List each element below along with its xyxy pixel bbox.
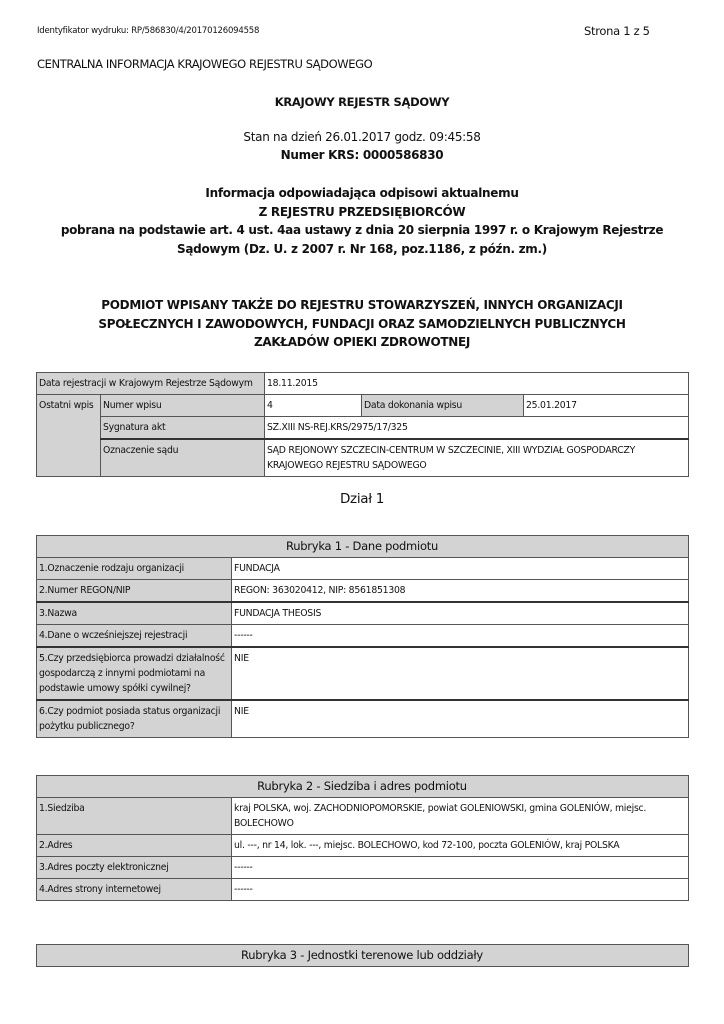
field-value: FUNDACJA <box>232 558 689 580</box>
last-entry-label: Ostatni wpis <box>37 395 101 477</box>
field-label: 4.Dane o wcześniejszej rejestracji <box>37 625 232 648</box>
table-row: 3.Nazwa FUNDACJA THEOSIS <box>37 602 689 625</box>
field-value: ul. ---, nr 14, lok. ---, miejsc. BOLECH… <box>232 835 689 857</box>
field-label: 1.Siedziba <box>37 798 232 835</box>
field-value: ------ <box>232 879 689 901</box>
field-label: 3.Adres poczty elektronicznej <box>37 857 232 879</box>
rubryka-2-title: Rubryka 2 - Siedziba i adres podmiotu <box>37 776 689 798</box>
registration-table: Data rejestracji w Krajowym Rejestrze Są… <box>36 372 689 477</box>
table-row: 3.Adres poczty elektronicznej ------ <box>37 857 689 879</box>
table-row: Ostatni wpis Numer wpisu 4 Data dokonani… <box>37 395 689 417</box>
case-signature-value: SZ.XIII NS-REJ.KRS/2975/17/325 <box>265 417 689 440</box>
table-row: Data rejestracji w Krajowym Rejestrze Są… <box>37 373 689 395</box>
notice-line: SPOŁECZNYCH I ZAWODOWYCH, FUNDACJI ORAZ … <box>0 315 724 334</box>
rubryka-2-table: Rubryka 2 - Siedziba i adres podmiotu 1.… <box>36 775 689 901</box>
page-number: Strona 1 z 5 <box>584 24 650 38</box>
entry-date-value: 25.01.2017 <box>524 395 689 417</box>
extract-info-line: pobrana na podstawie art. 4 ust. 4aa ust… <box>0 221 724 240</box>
field-label: 6.Czy podmiot posiada status organizacji… <box>37 700 232 738</box>
court-value: SĄD REJONOWY SZCZECIN-CENTRUM W SZCZECIN… <box>265 439 689 477</box>
central-information-heading: CENTRALNA INFORMACJA KRAJOWEGO REJESTRU … <box>37 57 372 71</box>
table-header-row: Rubryka 1 - Dane podmiotu <box>37 536 689 558</box>
extract-info-line: Sądowym (Dz. U. z 2007 r. Nr 168, poz.11… <box>0 240 724 259</box>
field-value: kraj POLSKA, woj. ZACHODNIOPOMORSKIE, po… <box>232 798 689 835</box>
field-value: NIE <box>232 647 689 700</box>
table-row: 5.Czy przedsiębiorca prowadzi działalnoś… <box>37 647 689 700</box>
section-title: Dział 1 <box>0 491 724 507</box>
field-label: 2.Adres <box>37 835 232 857</box>
table-row: Sygnatura akt SZ.XIII NS-REJ.KRS/2975/17… <box>37 417 689 440</box>
entry-number-value: 4 <box>265 395 362 417</box>
court-label: Oznaczenie sądu <box>101 439 265 477</box>
extract-info-line: Informacja odpowiadająca odpisowi aktual… <box>0 184 724 203</box>
field-value: FUNDACJA THEOSIS <box>232 602 689 625</box>
rubryka-3-table: Rubryka 3 - Jednostki terenowe lub oddzi… <box>36 944 689 967</box>
also-registered-notice: PODMIOT WPISANY TAKŻE DO REJESTRU STOWAR… <box>0 296 724 352</box>
field-label: 4.Adres strony internetowej <box>37 879 232 901</box>
table-row: 2.Numer REGON/NIP REGON: 363020412, NIP:… <box>37 580 689 603</box>
table-row: 4.Adres strony internetowej ------ <box>37 879 689 901</box>
field-value: ------ <box>232 857 689 879</box>
extract-info: Informacja odpowiadająca odpisowi aktual… <box>0 184 724 259</box>
rubryka-3-title: Rubryka 3 - Jednostki terenowe lub oddzi… <box>37 945 689 967</box>
registration-date-label: Data rejestracji w Krajowym Rejestrze Są… <box>37 373 265 395</box>
state-as-of: Stan na dzień 26.01.2017 godz. 09:45:58 <box>0 130 724 144</box>
field-label: 5.Czy przedsiębiorca prowadzi działalnoś… <box>37 647 232 700</box>
table-header-row: Rubryka 3 - Jednostki terenowe lub oddzi… <box>37 945 689 967</box>
table-row: 4.Dane o wcześniejszej rejestracji -----… <box>37 625 689 648</box>
notice-line: ZAKŁADÓW OPIEKI ZDROWOTNEJ <box>0 333 724 352</box>
table-row: 1.Siedziba kraj POLSKA, woj. ZACHODNIOPO… <box>37 798 689 835</box>
table-row: 2.Adres ul. ---, nr 14, lok. ---, miejsc… <box>37 835 689 857</box>
field-label: 1.Oznaczenie rodzaju organizacji <box>37 558 232 580</box>
entry-date-label: Data dokonania wpisu <box>362 395 524 417</box>
rubryka-1-table: Rubryka 1 - Dane podmiotu 1.Oznaczenie r… <box>36 535 689 738</box>
field-label: 2.Numer REGON/NIP <box>37 580 232 603</box>
field-label: 3.Nazwa <box>37 602 232 625</box>
krs-number: Numer KRS: 0000586830 <box>0 148 724 162</box>
table-header-row: Rubryka 2 - Siedziba i adres podmiotu <box>37 776 689 798</box>
table-row: 1.Oznaczenie rodzaju organizacji FUNDACJ… <box>37 558 689 580</box>
notice-line: PODMIOT WPISANY TAKŻE DO REJESTRU STOWAR… <box>0 296 724 315</box>
registration-date-value: 18.11.2015 <box>265 373 689 395</box>
table-row: 6.Czy podmiot posiada status organizacji… <box>37 700 689 738</box>
field-value: NIE <box>232 700 689 738</box>
field-value: REGON: 363020412, NIP: 8561851308 <box>232 580 689 603</box>
table-row: Oznaczenie sądu SĄD REJONOWY SZCZECIN-CE… <box>37 439 689 477</box>
extract-info-line: Z REJESTRU PRZEDSIĘBIORCÓW <box>0 203 724 222</box>
rubryka-1-title: Rubryka 1 - Dane podmiotu <box>37 536 689 558</box>
field-value: ------ <box>232 625 689 648</box>
register-title: KRAJOWY REJESTR SĄDOWY <box>0 95 724 109</box>
case-signature-label: Sygnatura akt <box>101 417 265 440</box>
entry-number-label: Numer wpisu <box>101 395 265 417</box>
print-identifier: Identyfikator wydruku: RP/586830/4/20170… <box>37 26 259 36</box>
